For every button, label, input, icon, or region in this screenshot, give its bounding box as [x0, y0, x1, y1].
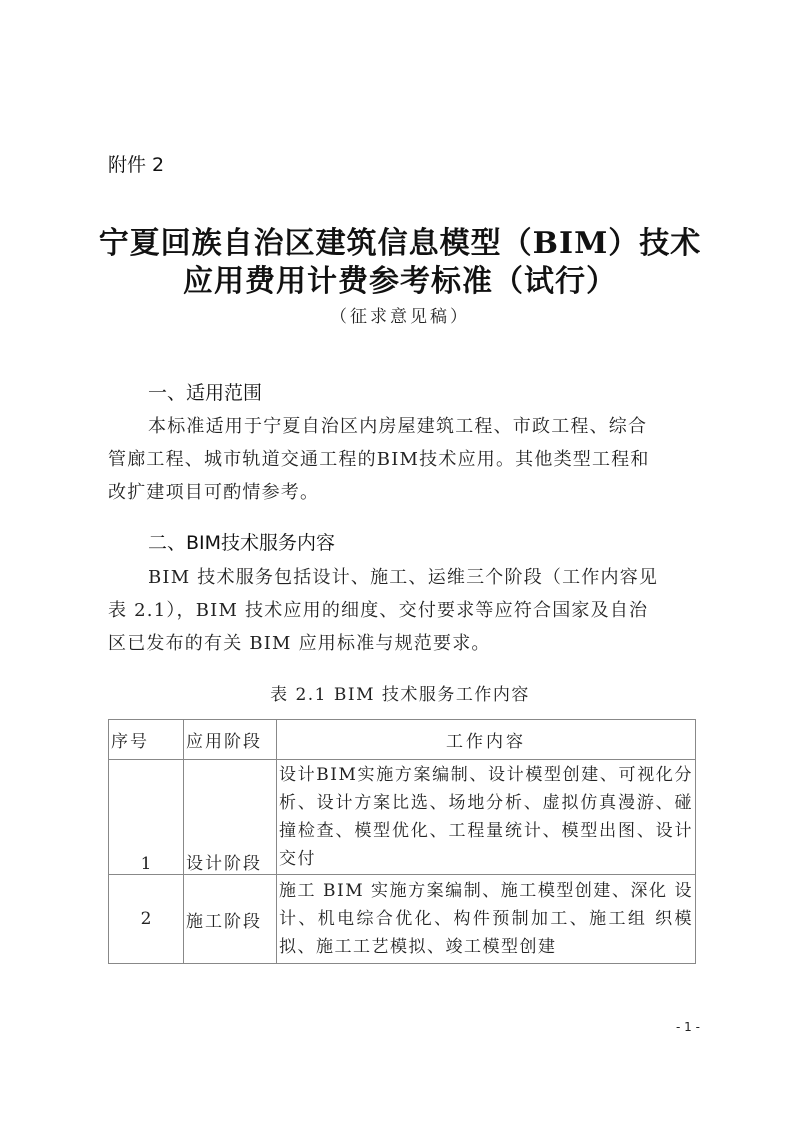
- document-subtitle: （征求意见稿）: [0, 302, 800, 327]
- row-no: 2: [109, 875, 184, 964]
- header-stage: 应用阶段: [184, 720, 277, 760]
- bim-services-table: 序号 应用阶段 工作内容 1 设计阶段 设计BIM实施方案编制、设计模型创建、可…: [108, 719, 696, 964]
- header-content: 工作内容: [277, 720, 696, 760]
- section-body-bim-services: BIM 技术服务包括设计、施工、运维三个阶段（工作内容见 表 2.1），BIM …: [108, 561, 698, 660]
- row-no: 1: [109, 760, 184, 875]
- section-heading-scope: 一、适用范围: [148, 378, 262, 405]
- section-heading-bim-services: 二、BIM技术服务内容: [148, 528, 335, 555]
- row-content: 施工 BIM 实施方案编制、施工模型创建、深化 设计、机电综合优化、构件预制加工…: [277, 875, 696, 964]
- row-content: 设计BIM实施方案编制、设计模型创建、可视化分析、设计方案比选、场地分析、虚拟仿…: [277, 760, 696, 875]
- row-stage: 设计阶段: [184, 760, 277, 875]
- table-row: 2 施工阶段 施工 BIM 实施方案编制、施工模型创建、深化 设计、机电综合优化…: [109, 875, 696, 964]
- paragraph-line: 本标准适用于宁夏自治区内房屋建筑工程、市政工程、综合: [108, 410, 698, 443]
- attachment-label: 附件 2: [108, 150, 164, 177]
- table-caption: 表 2.1 BIM 技术服务工作内容: [0, 680, 800, 705]
- row-stage: 施工阶段: [184, 875, 277, 964]
- page-number: - 1 -: [676, 1020, 700, 1034]
- section-body-scope: 本标准适用于宁夏自治区内房屋建筑工程、市政工程、综合 管廊工程、城市轨道交通工程…: [108, 410, 698, 509]
- paragraph-line: 改扩建项目可酌情参考。: [108, 476, 698, 509]
- paragraph-line: 表 2.1），BIM 技术应用的细度、交付要求等应符合国家及自治: [108, 594, 698, 627]
- document-title-line-2: 应用费用计费参考标准（试行）: [0, 256, 800, 300]
- table-header-row: 序号 应用阶段 工作内容: [109, 720, 696, 760]
- table-row: 1 设计阶段 设计BIM实施方案编制、设计模型创建、可视化分析、设计方案比选、场…: [109, 760, 696, 875]
- paragraph-line: BIM 技术服务包括设计、施工、运维三个阶段（工作内容见: [108, 561, 698, 594]
- paragraph-line: 区已发布的有关 BIM 应用标准与规范要求。: [108, 627, 698, 660]
- paragraph-line: 管廊工程、城市轨道交通工程的BIM技术应用。其他类型工程和: [108, 443, 698, 476]
- header-no: 序号: [109, 720, 184, 760]
